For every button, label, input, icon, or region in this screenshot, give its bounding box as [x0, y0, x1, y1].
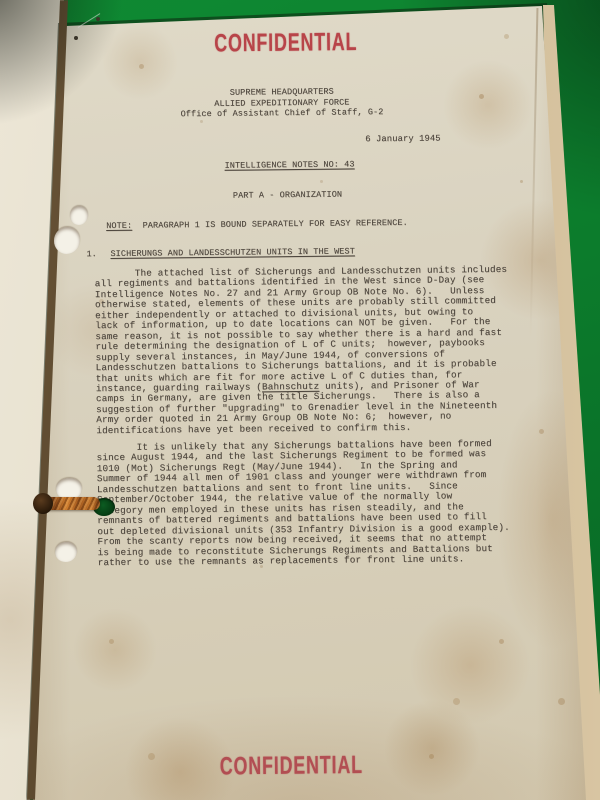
note-line: NOTE: PARAGRAPH 1 IS BOUND SEPARATELY FO…: [106, 218, 408, 232]
staple-mark-2: [74, 36, 78, 40]
staple-mark-1: [96, 17, 100, 21]
confidential-stamp-bottom: CONFIDENTIAL: [220, 751, 363, 781]
paragraph-1: The attached list of Sicherungs and Land…: [95, 265, 531, 437]
section-heading: SICHERUNGS AND LANDESSCHUTZEN UNITS IN T…: [110, 246, 355, 259]
confidential-stamp-top: CONFIDENTIAL: [214, 28, 357, 58]
date-line: 6 January 1945: [365, 134, 440, 145]
letterhead-line2: ALLIED EXPEDITIONARY FORCE: [214, 97, 349, 108]
page-content: CONFIDENTIAL SUPREME HEADQUARTERS ALLIED…: [0, 0, 600, 800]
photo-background: CONFIDENTIAL SUPREME HEADQUARTERS ALLIED…: [0, 0, 600, 800]
paragraph-2: It is unlikely that any Sicherungs batta…: [96, 439, 531, 569]
document-title: INTELLIGENCE NOTES NO: 43: [224, 159, 354, 171]
letterhead-line3: Office of Assistant Chief of Staff, G-2: [181, 107, 384, 119]
letterhead: SUPREME HEADQUARTERS ALLIED EXPEDITIONAR…: [180, 86, 384, 120]
note-label: NOTE:: [106, 221, 132, 231]
brass-fastener-head: [33, 493, 53, 514]
section-number: 1.: [86, 249, 97, 260]
paragraph-1-text: The attached list of Sicherungs and Land…: [95, 264, 508, 394]
note-text: PARAGRAPH 1 IS BOUND SEPARATELY FOR EASY…: [132, 218, 408, 231]
letterhead-line1: SUPREME HEADQUARTERS: [230, 87, 334, 98]
part-heading: PART A - ORGANIZATION: [233, 190, 342, 202]
